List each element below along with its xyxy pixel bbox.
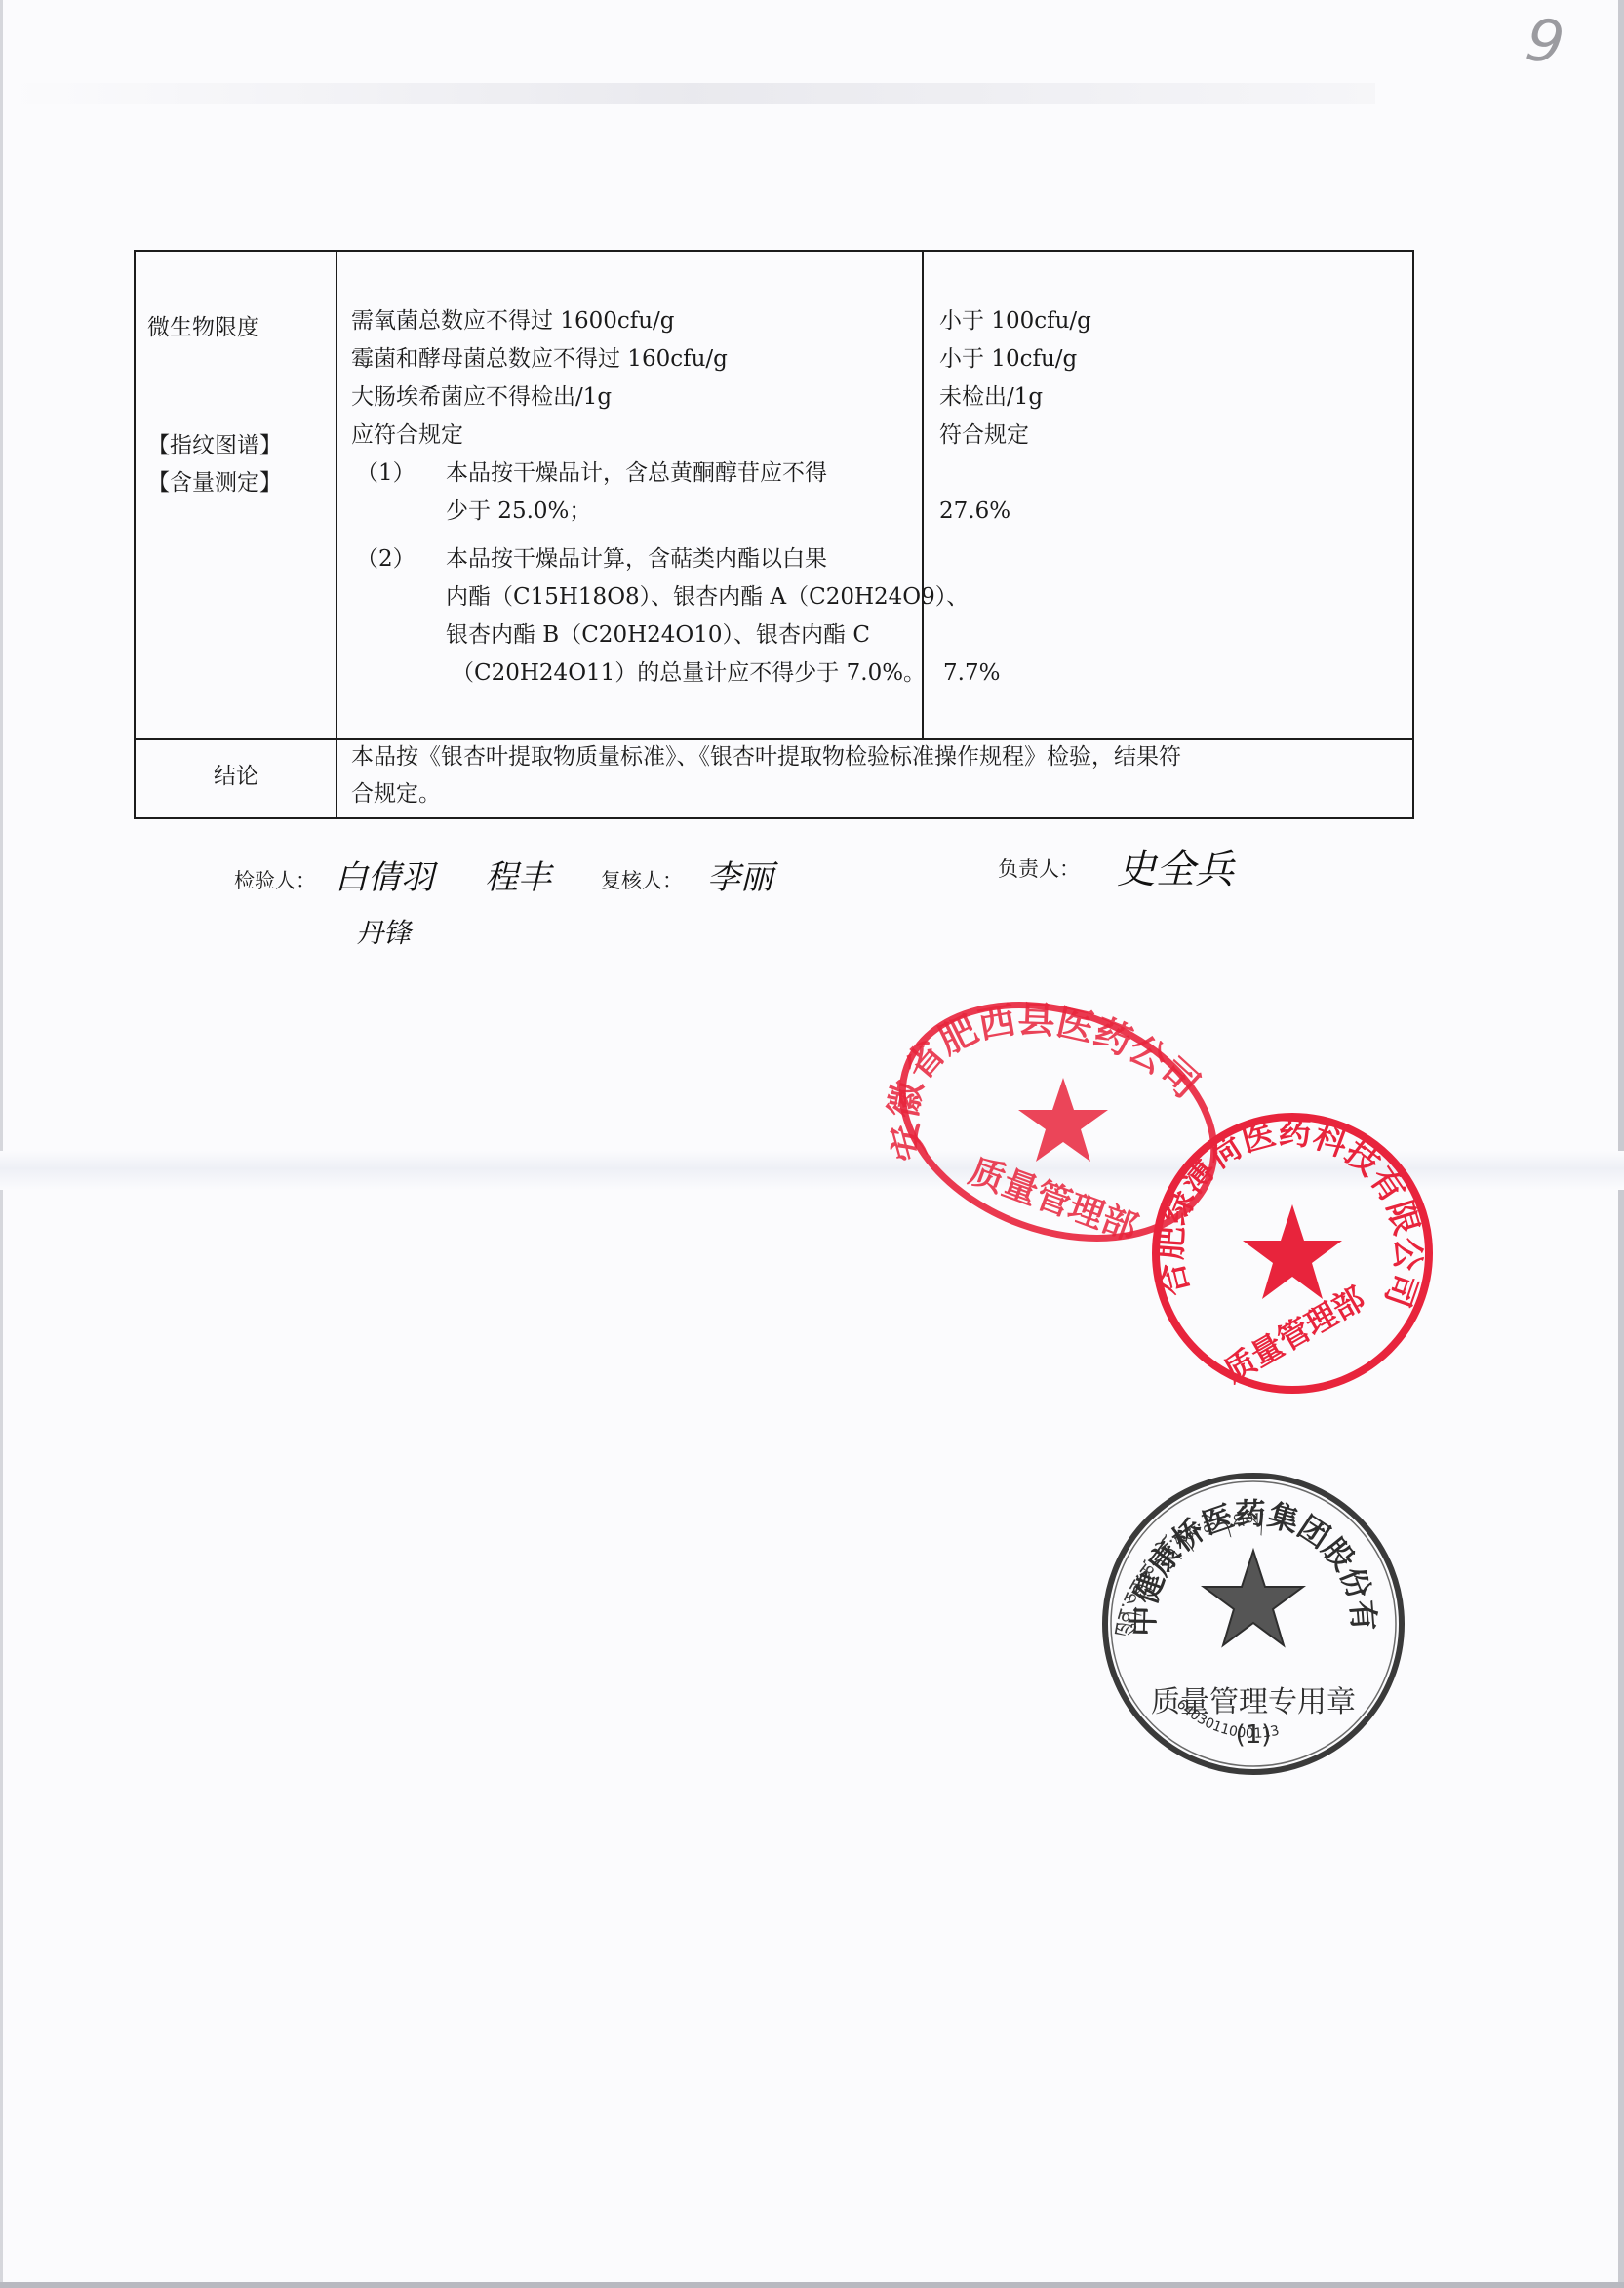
inspector-label: 检验人： [234, 865, 316, 894]
sub-item-index: （1） [356, 458, 416, 488]
result-value: 小于 10cfu/g [939, 344, 1077, 374]
star-icon [1204, 1551, 1303, 1645]
quality-seal: ཁྲུན་ཅན་ཚད་དོ་དམ་ཆེད་ཐམ། 中健康桥医药集团股份有限公司 … [1097, 1468, 1409, 1780]
standard-line: 少于 25.0%； [446, 496, 591, 526]
reviewer-signature: 李丽 [707, 850, 773, 898]
result-value: 未检出/1g [939, 382, 1043, 412]
item-fingerprint: 【指纹图谱】 [147, 431, 282, 460]
responsible-label: 负责人： [998, 853, 1080, 883]
conclusion-text: 合规定。 [351, 779, 441, 809]
page-edge [1618, 0, 1624, 2288]
stamp-inner-text: 质量管理部 [1217, 1280, 1371, 1390]
page-edge [0, 0, 3, 2288]
conclusion-text: 本品按《银杏叶提取物质量标准》、《银杏叶提取物检验标准操作规程》检验，结果符 [351, 742, 1181, 771]
result-value: 符合规定 [939, 420, 1029, 450]
inspection-table: 微生物限度 需氧菌总数应不得过 1600cfu/g 霉菌和酵母菌总数应不得过 1… [134, 250, 1414, 819]
item-content-assay: 【含量测定】 [147, 468, 282, 497]
standard-line: 本品按干燥品计，含总黄酮醇苷应不得 [446, 458, 827, 488]
star-icon [1243, 1204, 1342, 1299]
column-divider [336, 250, 337, 819]
sub-item-index: （2） [356, 544, 416, 573]
standard-line: 霉菌和酵母菌总数应不得过 160cfu/g [351, 344, 728, 374]
inspector-signature: 白倩羽 [335, 850, 434, 898]
standard-line: 本品按干燥品计算，含萜类内酯以白果 [446, 544, 827, 573]
star-icon [1018, 1078, 1108, 1162]
row-divider [134, 738, 1414, 740]
result-value: 7.7% [943, 658, 1000, 688]
standard-line: （C20H24O11）的总量计应不得少于 7.0%。 [452, 658, 926, 688]
conclusion-label: 结论 [214, 762, 258, 791]
standard-line: 内酯（C15H18O8）、银杏内酯 A（C20H24O9）、 [446, 582, 969, 611]
result-value: 27.6% [939, 496, 1010, 526]
responsible-signature: 史全兵 [1117, 839, 1234, 894]
inspector-signature: 丹锋 [356, 912, 411, 951]
svg-text:合肥绿薄荷医药科技有限公司: 合肥绿薄荷医药科技有限公司 [1151, 1113, 1427, 1312]
handwritten-page-number: 9 [1522, 6, 1568, 79]
company-seal-circle: 合肥绿薄荷医药科技有限公司 质量管理部 [1146, 1107, 1439, 1400]
standard-line: 银杏内酯 B（C20H24O10）、银杏内酯 C [446, 620, 870, 650]
page-edge [0, 2282, 1624, 2288]
standard-line: 大肠埃希菌应不得检出/1g [351, 382, 612, 412]
table-border [134, 250, 1414, 819]
result-value: 小于 100cfu/g [939, 306, 1091, 335]
inspector-signature: 程丰 [485, 850, 551, 898]
item-microbial-limit: 微生物限度 [147, 313, 259, 342]
standard-line: 应符合规定 [351, 420, 463, 450]
stamp-outer-text: 合肥绿薄荷医药科技有限公司 [1151, 1113, 1427, 1312]
standard-line: 需氧菌总数应不得过 1600cfu/g [351, 306, 675, 335]
reviewer-label: 复核人： [601, 865, 683, 894]
scan-smudge [10, 83, 1375, 104]
